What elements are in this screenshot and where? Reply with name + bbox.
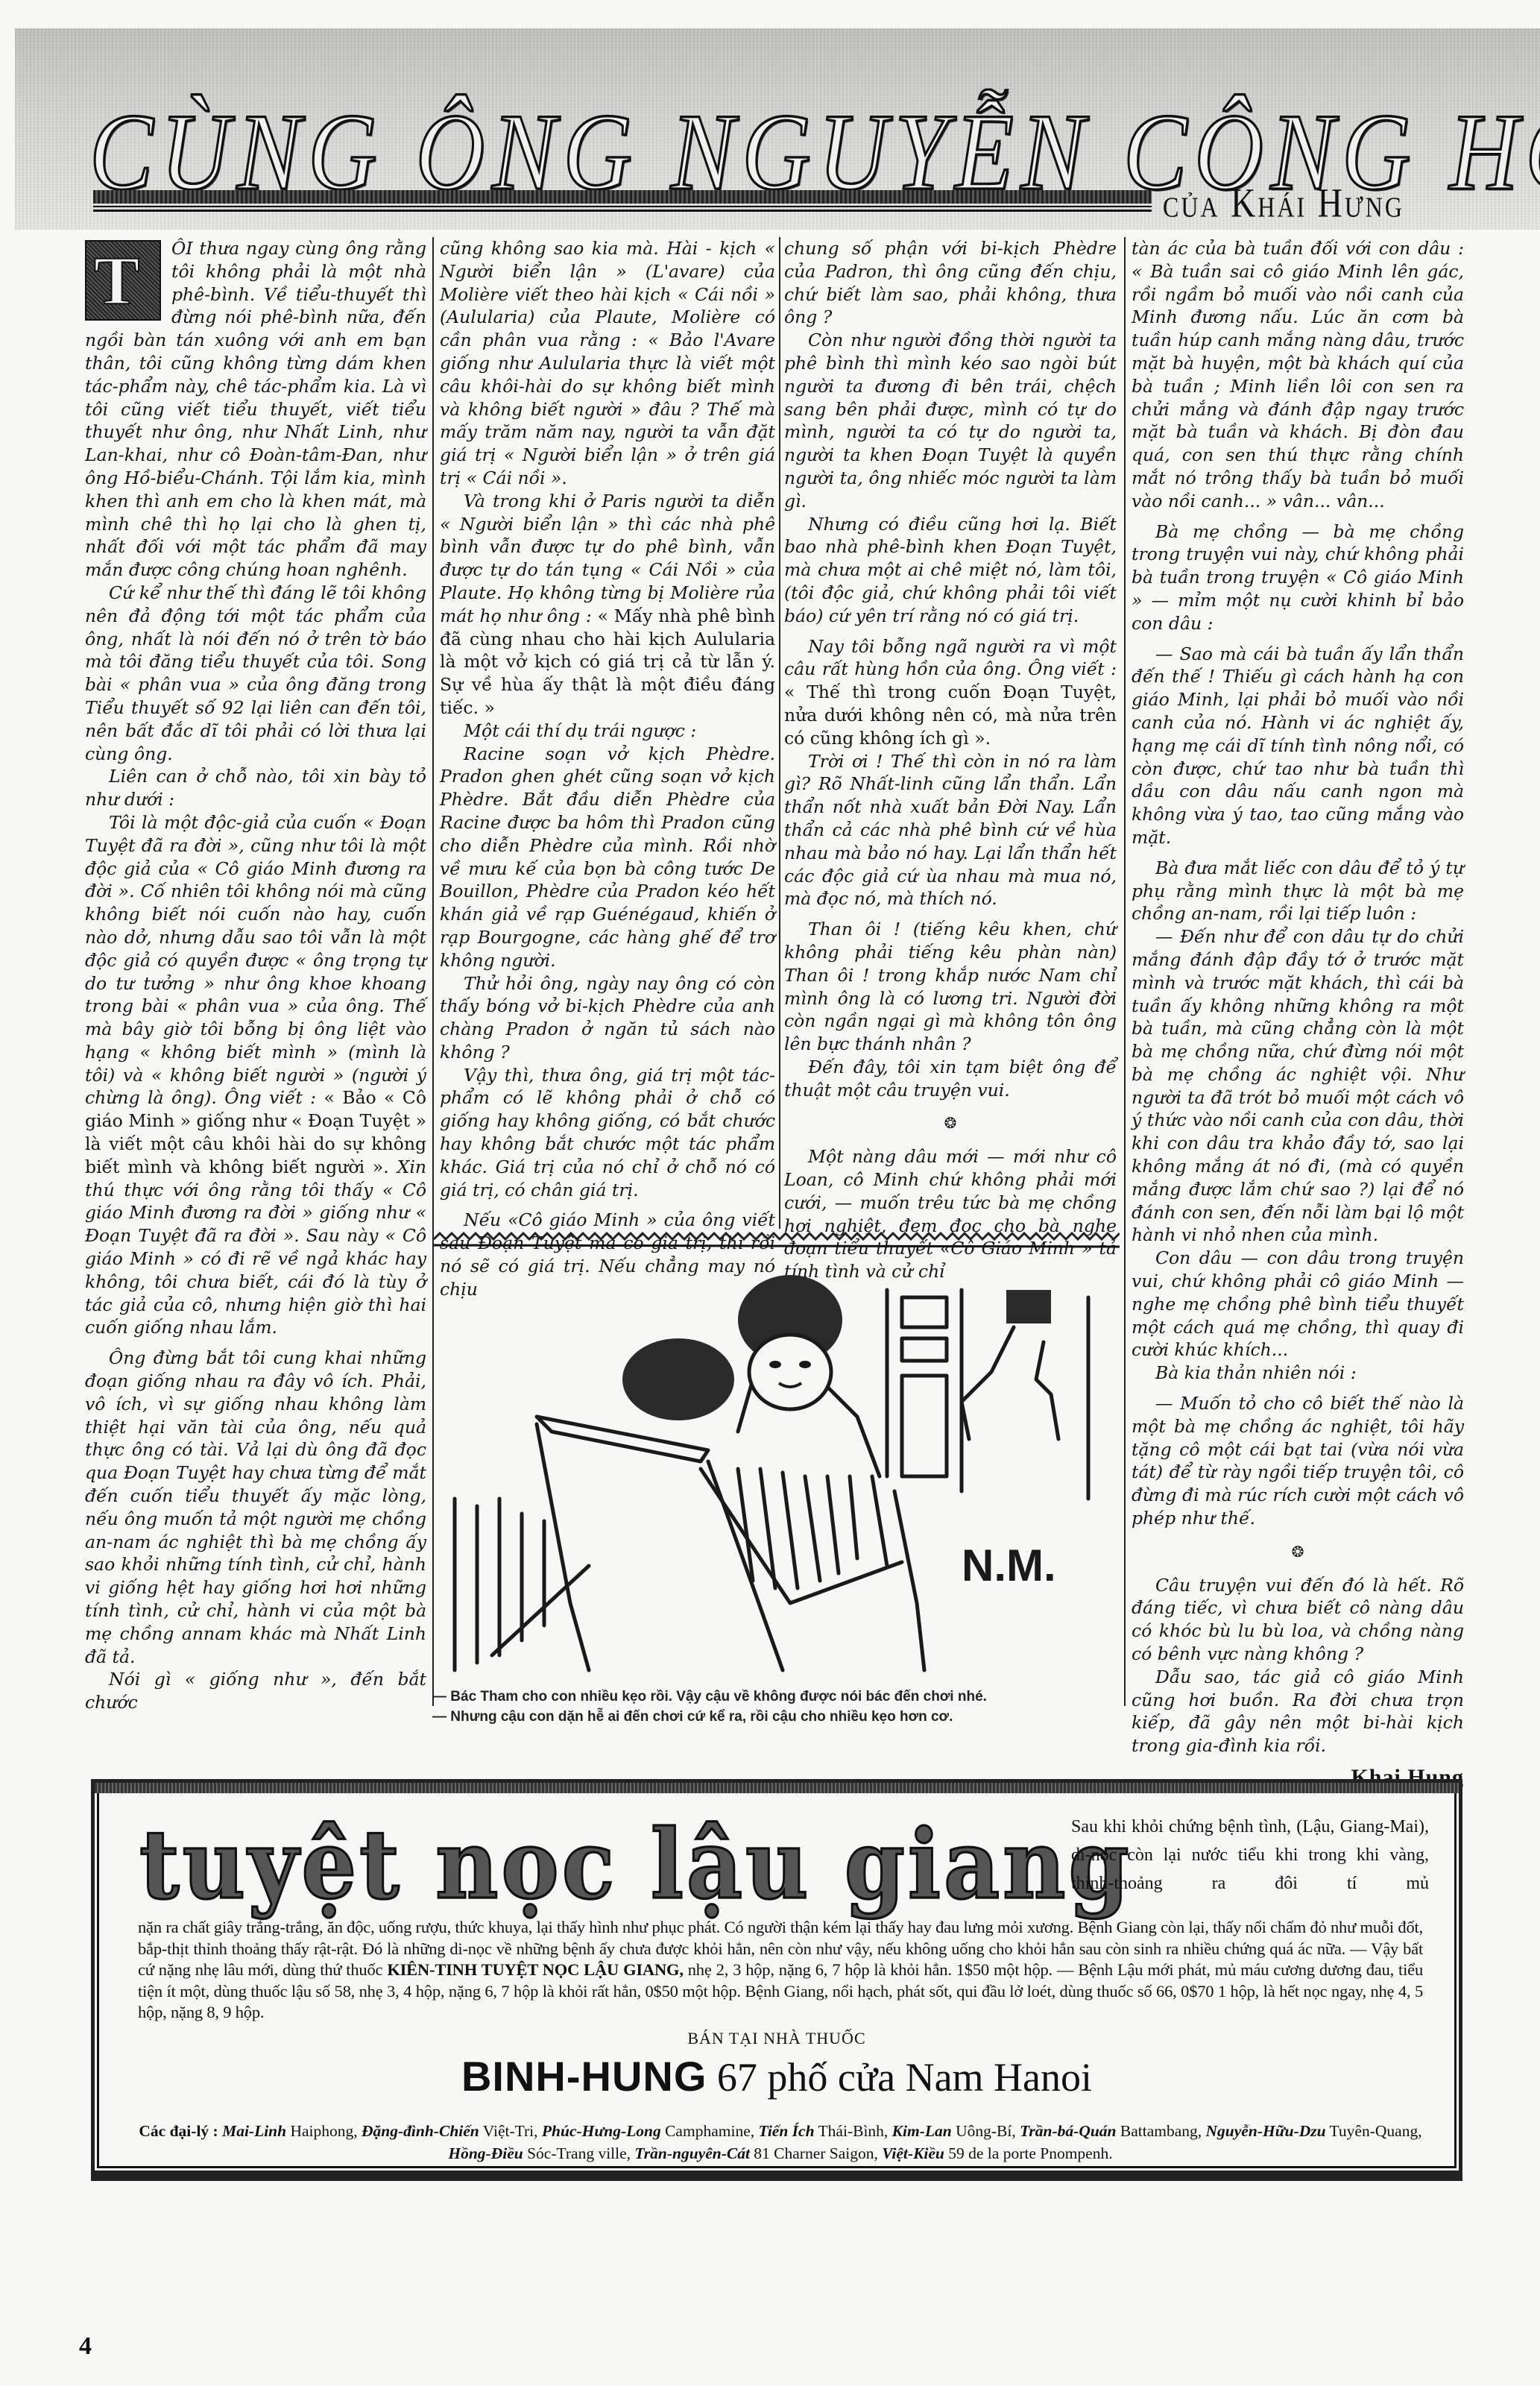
article-byline: của Khái Hưng xyxy=(1163,179,1404,227)
paragraph: Còn như người đồng thời người ta phê bìn… xyxy=(784,329,1117,512)
paragraph: Liên can ở chỗ nào, tôi xin bày tỏ như d… xyxy=(85,765,426,811)
ad-sold-at: BÁN TẠI NHÀ THUỐC xyxy=(95,2029,1459,2048)
artist-monogram: N.M. xyxy=(962,1540,1056,1590)
article-column-2: cũng không sao kia mà. Hài - kịch « Ngườ… xyxy=(440,237,775,1301)
paragraph: cũng không sao kia mà. Hài - kịch « Ngườ… xyxy=(440,237,775,490)
page-number: 4 xyxy=(79,2332,92,2361)
paragraph: — Đến như để con dâu tự do chửi mắng đán… xyxy=(1132,925,1464,1247)
article-column-1: TÔI thưa ngay cùng ông rằng tôi không ph… xyxy=(85,237,426,1714)
zigzag-border xyxy=(434,1229,1120,1248)
paragraph: TÔI thưa ngay cùng ông rằng tôi không ph… xyxy=(85,237,426,582)
ad-border-bar xyxy=(95,1783,1459,1793)
paragraph: Nhưng có điều cũng hơi lạ. Biết bao nhà … xyxy=(784,513,1117,628)
paragraph: Thử hỏi ông, ngày nay ông có còn thấy bó… xyxy=(440,972,775,1064)
cartoon-illustration: N.M. xyxy=(440,1253,1111,1685)
ad-store-address: 67 phố cửa Nam Hanoi xyxy=(717,2055,1092,2100)
section-ornament-icon: ❂ xyxy=(1132,1540,1464,1564)
paragraph: Than ôi ! (tiếng kêu khen, chứ không phả… xyxy=(784,918,1117,1056)
paragraph: Tôi là một độc-giả của cuốn « Đoạn Tuyệt… xyxy=(85,811,426,1339)
paragraph: Con dâu — con dâu trong truyện vui, chứ … xyxy=(1132,1247,1464,1362)
ad-border-bar xyxy=(91,2173,1462,2181)
paragraph: Nay tôi bỗng ngã người ra vì một câu rất… xyxy=(784,635,1117,750)
paragraph: Bà đưa mắt liếc con dâu để tỏ ý tự phụ r… xyxy=(1132,857,1464,925)
drop-cap: T xyxy=(85,240,161,321)
ad-store: BINH-HUNG 67 phố cửa Nam Hanoi xyxy=(95,2054,1459,2100)
paragraph: Nói gì « giống như », đến bắt chước xyxy=(85,1668,426,1714)
section-ornament-icon: ❂ xyxy=(784,1112,1117,1135)
paragraph: — Muốn tỏ cho cô biết thế nào là một bà … xyxy=(1132,1392,1464,1530)
paragraph: Ông đừng bắt tôi cung khai những đoạn gi… xyxy=(85,1347,426,1668)
illustration-caption: — Bác Tham cho con nhiều kẹo rồi. Vậy cậ… xyxy=(432,1687,1118,1727)
ad-body-text: nặn ra chất giây trắng-trắng, ăn độc, uố… xyxy=(138,1917,1423,2024)
paragraph: Racine soạn vở kịch Phèdre. Pradon ghen … xyxy=(440,743,775,972)
paragraph: Bà mẹ chồng — bà mẹ chồng trong truyện v… xyxy=(1132,520,1464,635)
column-divider xyxy=(432,237,434,1706)
ad-product-name: KIÊN-TINH TUYỆT NỌC LẬU GIANG, xyxy=(387,1960,683,1979)
ad-headline: tuyệt nọc lậu giang xyxy=(139,1817,1132,1913)
ad-agents-list: Các đại-lý : Mai-Linh Haiphong, Đặng-đìn… xyxy=(138,2120,1423,2165)
ad-store-brand: BINH-HUNG xyxy=(461,2053,707,2100)
column-divider xyxy=(779,237,780,1229)
paragraph: Câu truyện vui đến đó là hết. Rõ đáng ti… xyxy=(1132,1574,1464,1666)
advertisement-box: tuyệt nọc lậu giang Sau khi khỏi chứng b… xyxy=(91,1779,1462,2174)
paragraph: Cứ kể như thế thì đáng lẽ tôi không nên … xyxy=(85,582,426,765)
paragraph: chung số phận với bi-kịch Phèdre của Pad… xyxy=(784,237,1117,329)
caption-line: — Bác Tham cho con nhiều kẹo rồi. Vậy cậ… xyxy=(432,1687,1118,1707)
paragraph: Bà kia thản nhiên nói : xyxy=(1132,1362,1464,1385)
paragraph: — Sao mà cái bà tuần ấy lẩn thẩn đến thế… xyxy=(1132,643,1464,849)
title-rule-divider xyxy=(93,190,1152,208)
paragraph: Dẫu sao, tác giả cô giáo Minh cũng hơi b… xyxy=(1132,1666,1464,1757)
paragraph: tàn ác của bà tuần đối với con dâu : « B… xyxy=(1132,237,1464,513)
paragraph: Đến đây, tôi xin tạm biệt ông để thuật m… xyxy=(784,1056,1117,1102)
paragraph: Và trong khi ở Paris người ta diễn « Ngư… xyxy=(440,490,775,720)
quoted-passage: « Thế thì trong cuốn Đoạn Tuyệt, nửa dướ… xyxy=(784,682,1117,749)
paragraph: Vậy thì, thưa ông, giá trị một tác-phẩm … xyxy=(440,1064,775,1202)
column-divider xyxy=(1124,237,1126,1706)
paragraph: Trời ơi ! Thế thì còn in nó ra làm gì? R… xyxy=(784,750,1117,911)
caption-line: — Nhưng cậu con dặn hễ ai đến chơi cứ kể… xyxy=(432,1707,1118,1727)
ad-intro-text: Sau khi khỏi chứng bệnh tình, (Lậu, Gian… xyxy=(1071,1813,1429,1898)
paragraph: Một cái thí dụ trái ngược : xyxy=(440,720,775,743)
article-column-3: chung số phận với bi-kịch Phèdre của Pad… xyxy=(784,237,1117,1283)
article-column-4: tàn ác của bà tuần đối với con dâu : « B… xyxy=(1132,237,1464,1789)
